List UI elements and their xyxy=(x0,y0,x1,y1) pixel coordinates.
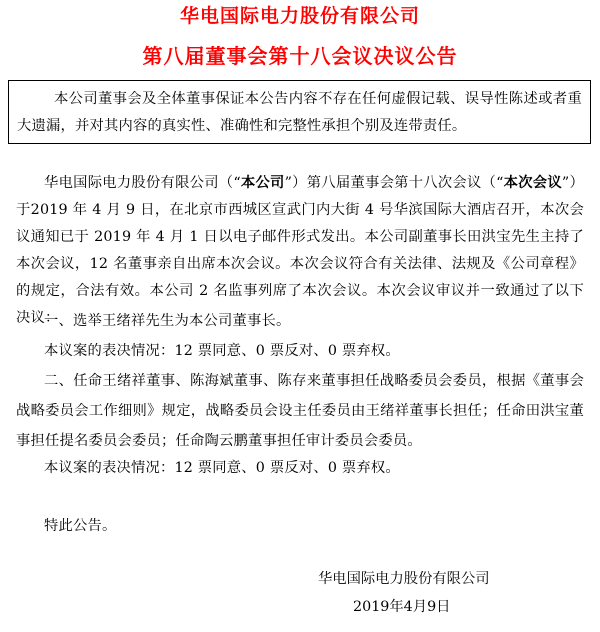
defined-term-meeting: 本次会议 xyxy=(504,175,562,191)
intro-text-3: ”）于2019 年 4 月 9 日，在北京市西城区宣武门内大街 4 号华滨国际大… xyxy=(16,175,584,326)
resolution-2-vote: 本议案的表决情况：12 票同意、0 票反对、0 票弃权。 xyxy=(16,453,584,483)
defined-term-company: 本公司 xyxy=(241,175,285,191)
signature-date: 2019年4月9日 xyxy=(353,596,450,616)
resolution-2: 二、任命王绪祥董事、陈海斌董事、陈存来董事担任战略委员会委员，根据《董事会战略委… xyxy=(16,366,584,456)
disclaimer-text: 本公司董事会及全体董事保证本公告内容不存在任何虚假记载、误导性陈述或者重大遗漏，… xyxy=(17,86,582,140)
intro-text-1: 华电国际电力股份有限公司（“ xyxy=(44,175,241,191)
company-title: 华电国际电力股份有限公司 xyxy=(0,4,600,28)
announcement-title: 第八届董事会第十八会议决议公告 xyxy=(0,44,600,68)
resolution-1-vote: 本议案的表决情况：12 票同意、0 票反对、0 票弃权。 xyxy=(16,336,584,366)
intro-text-2: ”）第八届董事会第十八次会议（“ xyxy=(285,175,504,191)
signature-company: 华电国际电力股份有限公司 xyxy=(318,568,490,588)
disclaimer-box: 本公司董事会及全体董事保证本公告内容不存在任何虚假记载、误导性陈述或者重大遗漏，… xyxy=(8,80,591,144)
closing-statement: 特此公告。 xyxy=(16,511,584,541)
resolution-1: 一、选举王绪祥先生为本公司董事长。 xyxy=(16,306,584,336)
